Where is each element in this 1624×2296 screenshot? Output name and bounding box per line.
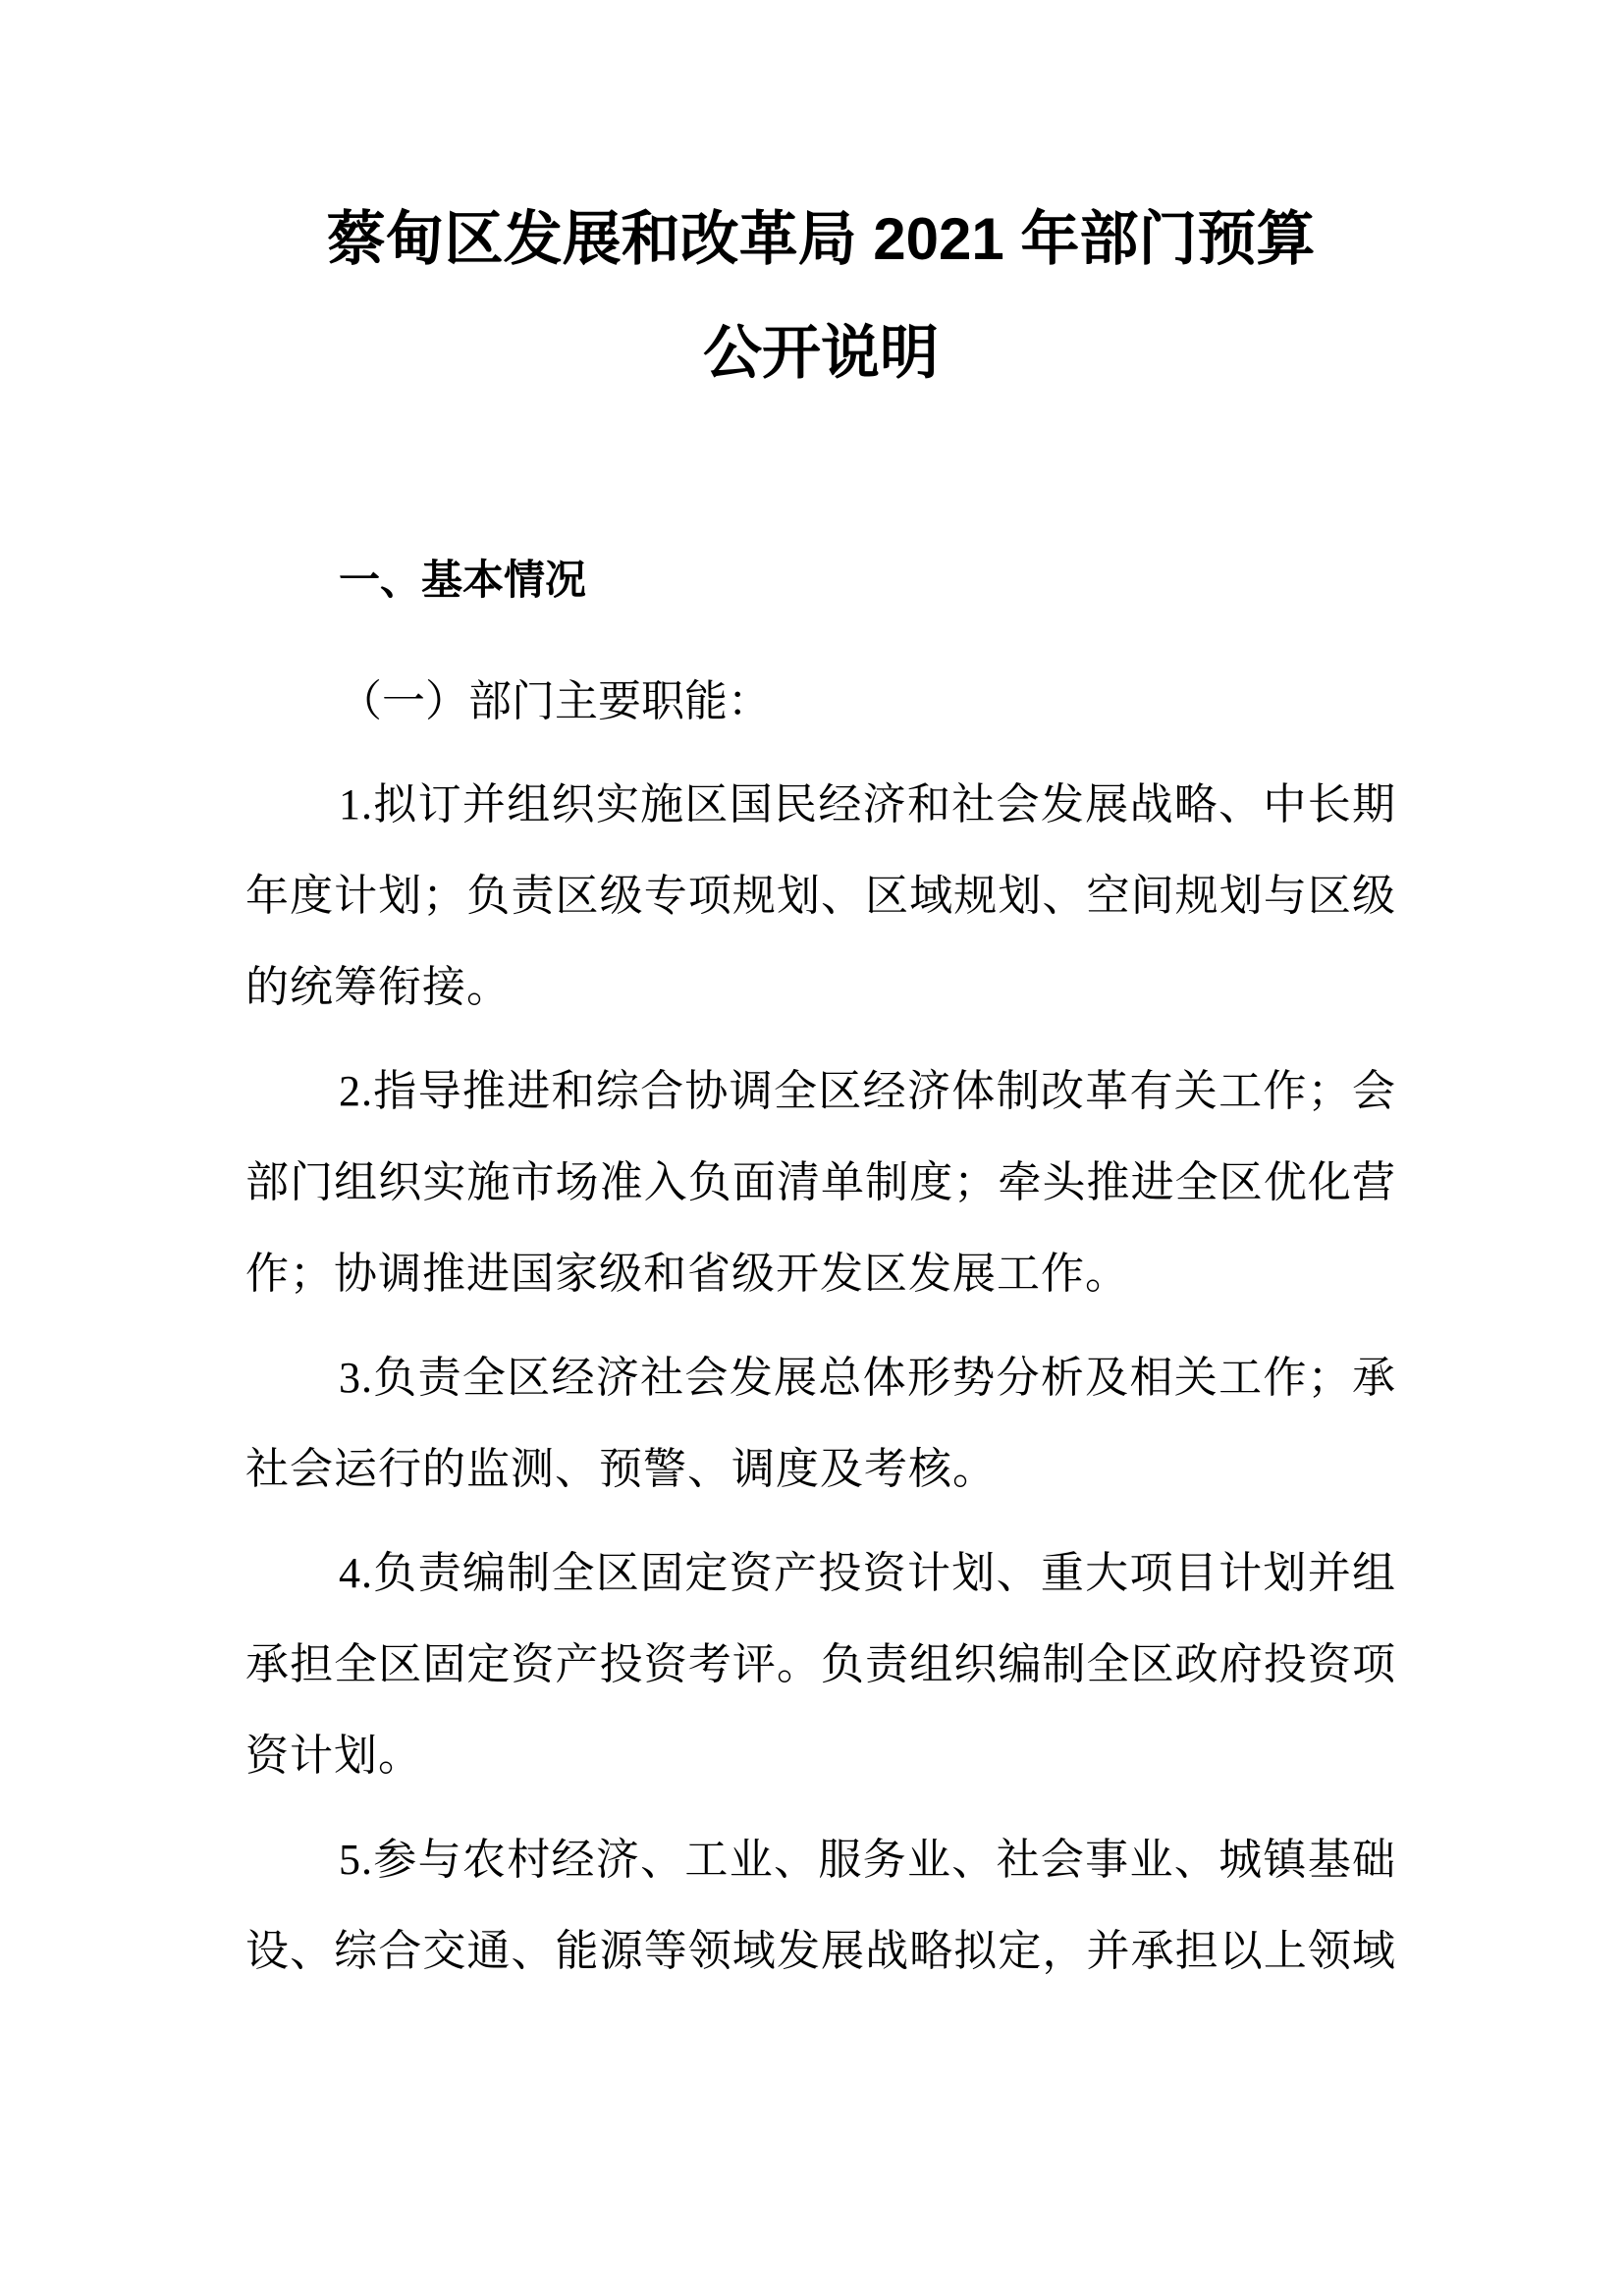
paragraph-3-line-1: 3.负责全区经济社会发展总体形势分析及相关工作；承担经济 <box>245 1332 1396 1423</box>
document-title-line-2: 公开说明 <box>245 296 1396 410</box>
paragraph-1: 1.拟订并组织实施区国民经济和社会发展战略、中长期规划和 年度计划；负责区级专项… <box>245 759 1396 1033</box>
document-title: 蔡甸区发展和改革局 2021 年部门预算 公开说明 <box>245 183 1396 410</box>
section-heading-basic-info: 一、基本情况 <box>245 550 1396 611</box>
paragraph-5: 5.参与农村经济、工业、服务业、社会事业、城镇基础设施建 设、综合交通、能源等领… <box>245 1814 1396 1997</box>
paragraph-4-line-2: 承担全区固定资产投资考评。负责组织编制全区政府投资项目年度投 <box>245 1619 1396 1710</box>
document-title-line-1: 蔡甸区发展和改革局 2021 年部门预算 <box>245 183 1396 296</box>
paragraph-2-line-2: 部门组织实施市场准入负面清单制度；牵头推进全区优化营商环境工 <box>245 1137 1396 1228</box>
paragraph-4: 4.负责编制全区固定资产投资计划、重大项目计划并组织实施， 承担全区固定资产投资… <box>245 1527 1396 1801</box>
paragraph-5-line-1: 5.参与农村经济、工业、服务业、社会事业、城镇基础设施建 <box>245 1814 1396 1905</box>
paragraph-5-line-2: 设、综合交通、能源等领域发展战略拟定，并承担以上领域职权范围 <box>245 1905 1396 1997</box>
paragraph-2-line-3: 作；协调推进国家级和省级开发区发展工作。 <box>245 1228 1396 1319</box>
subsection-heading-main-functions: （一）部门主要职能： <box>245 671 1396 732</box>
paragraph-2-line-1: 2.指导推进和综合协调全区经济体制改革有关工作；会同相关 <box>245 1045 1396 1137</box>
paragraph-4-line-1: 4.负责编制全区固定资产投资计划、重大项目计划并组织实施， <box>245 1527 1396 1619</box>
paragraph-1-line-2: 年度计划；负责区级专项规划、区域规划、空间规划与区级发展规划 <box>245 850 1396 941</box>
paragraph-4-line-3: 资计划。 <box>245 1710 1396 1801</box>
paragraph-2: 2.指导推进和综合协调全区经济体制改革有关工作；会同相关 部门组织实施市场准入负… <box>245 1045 1396 1319</box>
paragraph-1-line-1: 1.拟订并组织实施区国民经济和社会发展战略、中长期规划和 <box>245 759 1396 850</box>
paragraph-3: 3.负责全区经济社会发展总体形势分析及相关工作；承担经济 社会运行的监测、预警、… <box>245 1332 1396 1515</box>
paragraph-3-line-2: 社会运行的监测、预警、调度及考核。 <box>245 1423 1396 1515</box>
document-page: 蔡甸区发展和改革局 2021 年部门预算 公开说明 一、基本情况 （一）部门主要… <box>0 0 1624 2296</box>
paragraph-1-line-3: 的统筹衔接。 <box>245 941 1396 1033</box>
